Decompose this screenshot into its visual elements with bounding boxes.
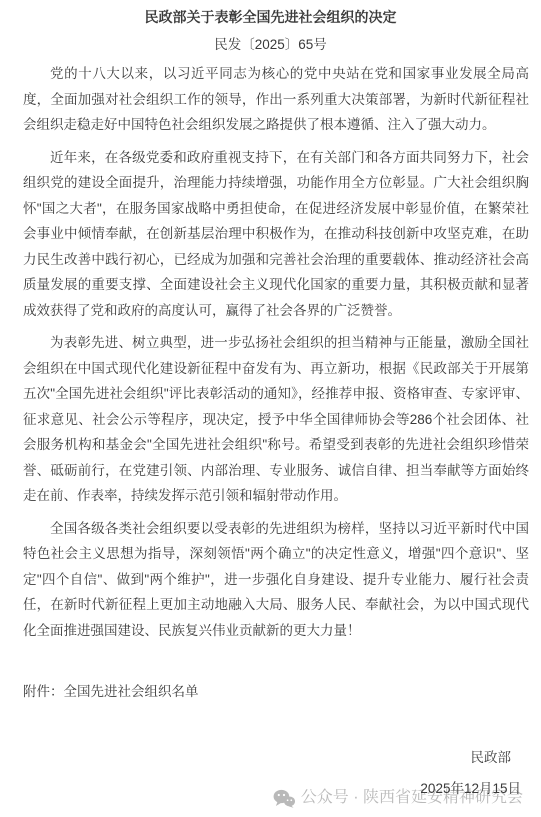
paragraph-2: 近年来，在各级党委和政府重视支持下，在有关部门和各方面共同努力下，社会组织党的建… [23,145,529,324]
paragraph-1: 党的十八大以来，以习近平同志为核心的党中央站在党和国家事业发展全局高度，全面加强… [23,61,529,138]
document-title: 民政部关于表彰全国先进社会组织的决定 [0,0,541,27]
paragraph-3: 为表彰先进、树立典型，进一步弘扬社会组织的担当精神与正能量，激励全国社会组织在中… [23,330,529,509]
issuer-signature: 民政部 [0,745,541,771]
paragraph-4: 全国各级各类社会组织要以受表彰的先进组织为榜样，坚持以习近平新时代中国特色社会主… [23,516,529,644]
document-body: 党的十八大以来，以习近平同志为核心的党中央站在党和国家事业发展全局高度，全面加强… [0,61,541,643]
document-number: 民发〔2025〕65号 [0,35,541,55]
document-page: 公众号 · 陕西省延安精神研究会 民政部关于表彰全国先进社会组织的决定 民发〔2… [0,0,541,817]
attachment-line: 附件：全国先进社会组织名单 [0,679,541,705]
document-date: 2025年12月15日 [0,776,541,802]
